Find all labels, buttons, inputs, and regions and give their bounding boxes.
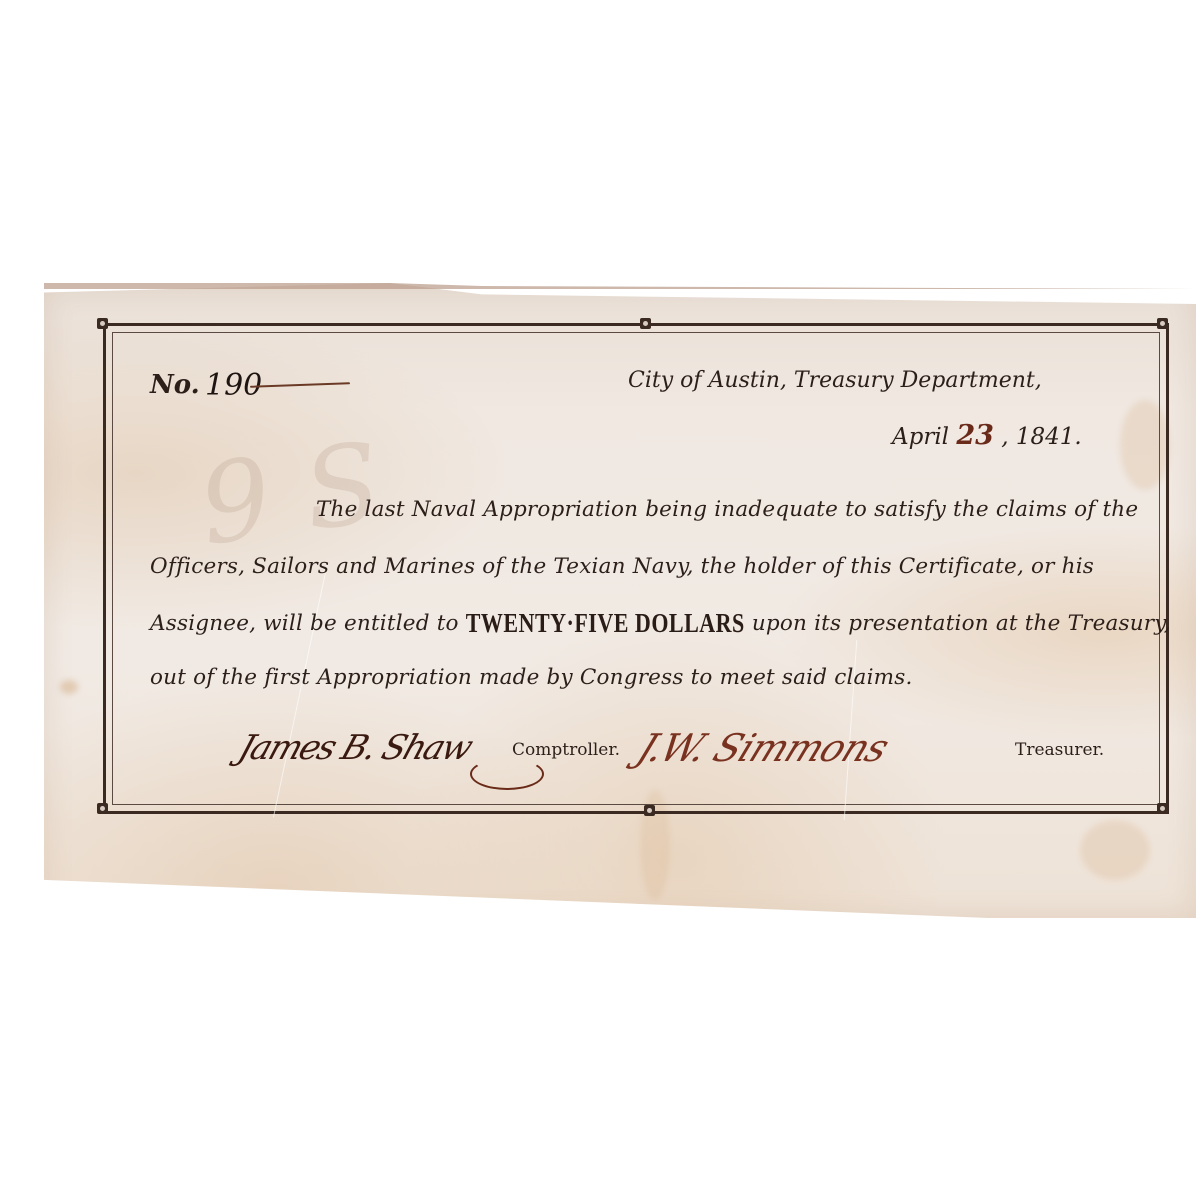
treasurer-title: Treasurer. — [1015, 740, 1104, 760]
body-line-3-pre: Assignee, will be entitled to — [150, 611, 466, 636]
date-day: 23 — [956, 420, 994, 451]
body-line-3: Assignee, will be entitled to TWENTY·FIV… — [150, 610, 1171, 636]
foxing-stain — [60, 680, 78, 694]
treasurer-signature: J.W. Simmons — [631, 726, 895, 770]
body-line-1: The last Naval Appropriation being inade… — [316, 497, 1138, 522]
date-month: April — [892, 424, 949, 450]
midpoint-ornament-icon — [644, 805, 655, 816]
certificate-number-label: No. — [150, 370, 200, 400]
foxing-stain — [1080, 820, 1150, 880]
issue-date: April 23 , 1841. — [892, 420, 1082, 451]
corner-ornament-icon — [1157, 318, 1168, 329]
corner-ornament-icon — [97, 318, 108, 329]
body-line-3-post: upon its presentation at the Treasury, — [752, 611, 1171, 636]
corner-ornament-icon — [97, 803, 108, 814]
body-line-2: Officers, Sailors and Marines of the Tex… — [150, 554, 1094, 579]
signature-flourish — [470, 758, 544, 790]
corner-ornament-icon — [1157, 803, 1168, 814]
date-year: , 1841. — [1001, 424, 1081, 450]
midpoint-ornament-icon — [640, 318, 651, 329]
comptroller-title: Comptroller. — [512, 740, 620, 760]
body-line-4: out of the first Appropriation made by C… — [150, 665, 913, 690]
comptroller-signature: James B. Shaw — [234, 728, 477, 768]
paper-top-edge — [44, 283, 1196, 289]
issuing-office: City of Austin, Treasury Department, — [628, 368, 1042, 393]
certificate-amount: TWENTY·FIVE DOLLARS — [466, 607, 745, 640]
